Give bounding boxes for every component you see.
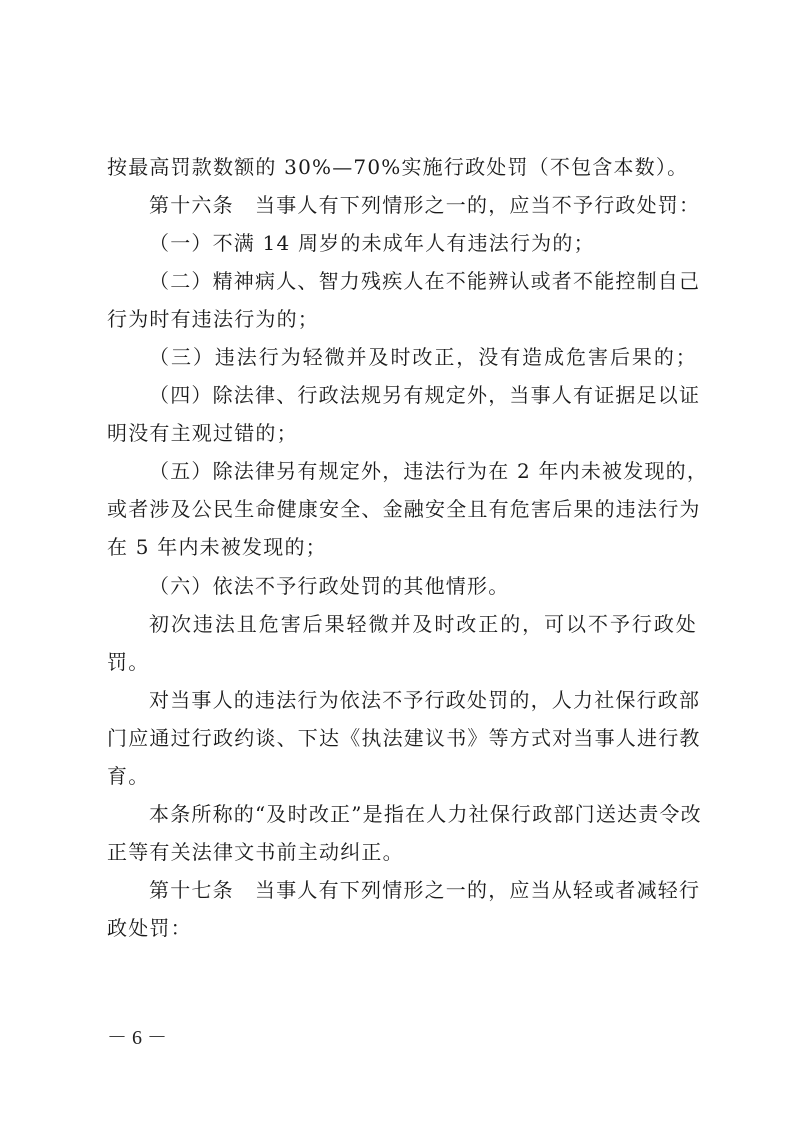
list-item-1-line: （一）不满 14 周岁的未成年人有违法行为的；: [107, 224, 697, 262]
paragraph-definition-line: 本条所称的“及时改正”是指在人力社保行政部门送达责令改: [107, 795, 697, 833]
paragraph-definition-continuation: 正等有关法律文书前主动纠正。: [107, 833, 697, 871]
paragraph-education-line: 对当事人的违法行为依法不予行政处罚的，人力社保行政部: [107, 681, 697, 719]
document-body: 按最高罚款数额的 30%—70%实施行政处罚（不包含本数）。 第十六条 当事人有…: [107, 148, 697, 947]
article-16-heading-line: 第十六条 当事人有下列情形之一的，应当不予行政处罚：: [107, 186, 697, 224]
list-item-4-line: （四）除法律、行政法规另有规定外，当事人有证据足以证: [107, 376, 697, 414]
list-item-5-continuation: 或者涉及公民生命健康安全、金融安全且有危害后果的违法行为: [107, 490, 697, 528]
list-item-5-continuation: 在 5 年内未被发现的；: [107, 528, 697, 566]
paragraph-education-continuation: 门应通过行政约谈、下达《执法建议书》等方式对当事人进行教: [107, 719, 697, 757]
list-item-3-line: （三）违法行为轻微并及时改正，没有造成危害后果的；: [107, 338, 697, 376]
list-item-4-continuation: 明没有主观过错的；: [107, 414, 697, 452]
page-number: － 6 －: [107, 1025, 167, 1051]
document-page: 按最高罚款数额的 30%—70%实施行政处罚（不包含本数）。 第十六条 当事人有…: [0, 0, 794, 1123]
paragraph-first-offense-continuation: 罚。: [107, 643, 697, 681]
paragraph-line: 按最高罚款数额的 30%—70%实施行政处罚（不包含本数）。: [107, 148, 697, 186]
list-item-6-line: （六）依法不予行政处罚的其他情形。: [107, 567, 697, 605]
list-item-2-continuation: 行为时有违法行为的；: [107, 300, 697, 338]
list-item-5-line: （五）除法律另有规定外，违法行为在 2 年内未被发现的，: [107, 452, 697, 490]
article-17-heading-continuation: 政处罚：: [107, 909, 697, 947]
paragraph-first-offense-line: 初次违法且危害后果轻微并及时改正的，可以不予行政处: [107, 605, 697, 643]
article-17-heading-line: 第十七条 当事人有下列情形之一的，应当从轻或者减轻行: [107, 871, 697, 909]
paragraph-education-continuation: 育。: [107, 757, 697, 795]
list-item-2-line: （二）精神病人、智力残疾人在不能辨认或者不能控制自己: [107, 262, 697, 300]
